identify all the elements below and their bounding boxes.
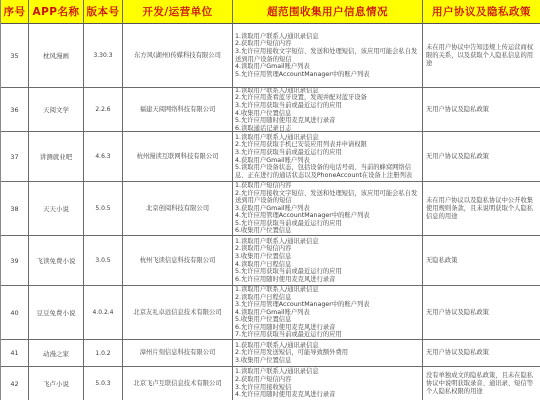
violations-cell: 1.读取用户联系人/通讯录信息2.允许应用获取手机已安装应用列表并申请权限3.允… bbox=[233, 132, 423, 182]
developer-cell: 北京飞卢互联信息技术有限公司 bbox=[123, 367, 233, 400]
policy-cell: 无用户协议及隐私政策 bbox=[423, 132, 540, 182]
violation-item: 4.读取用户日程信息 bbox=[235, 261, 420, 269]
violation-item: 6.读取通话记录日志 bbox=[235, 125, 420, 132]
violation-item: 3.收集用户位置信息 bbox=[235, 253, 420, 261]
violations-cell: 1.读取用户联系人/通讯录信息2.读取用户短信内容3.收集用户位置信息4.读取用… bbox=[233, 236, 423, 286]
violation-item: 2.读取用户日程信息 bbox=[235, 294, 420, 302]
violations-cell: 1.读取用户联系人/通讯录信息2.获取用户短信内容3.允许应用接收短信4.允许应… bbox=[233, 367, 423, 400]
app-name-cell: 飞卢小说 bbox=[29, 367, 84, 400]
table-row: 39 飞读免费小说 3.0.5 杭州飞读信息科技有限公司 1.读取用户联系人/通… bbox=[1, 236, 540, 286]
developer-cell: 北京友礼卓远信息技术有限公司 bbox=[123, 286, 233, 340]
violation-item: 4.获取用户Gmail账户列表 bbox=[235, 157, 420, 165]
policy-cell: 未在用户协议中告知违规上传运营商权限的关系，以及获取个人隐私信息的用途 bbox=[423, 24, 540, 88]
developer-cell: 杭州漫读互联网科技有限公司 bbox=[123, 132, 233, 182]
violation-item: 5.允许应用获取当前或最近运行的应用 bbox=[235, 268, 420, 276]
version-cell: 5.0.5 bbox=[84, 182, 123, 236]
policy-cell: 无用户协议及隐私政策 bbox=[423, 340, 540, 367]
version-cell: 3.0.5 bbox=[84, 236, 123, 286]
table-row: 40 豆豆免费小说 4.0.2.4 北京友礼卓远信息技术有限公司 1.读取用户联… bbox=[1, 286, 540, 340]
version-cell: 3.30.3 bbox=[84, 24, 123, 88]
table-header-row: 序号 APP名称 版本号 开发/运营单位 超范围收集用户信息情况 用户协议及隐私… bbox=[1, 0, 540, 24]
violations-cell: 1.读取用户联系人/通讯录信息2.读取用户日程信息3.允许应用管理Account… bbox=[233, 286, 423, 340]
header-col-violations: 超范围收集用户信息情况 bbox=[233, 0, 423, 24]
app-name-cell: 天阅文学 bbox=[29, 88, 84, 132]
violation-item: 5.读取用户设备状态，包括设备的电话号码、当前的蜂窝网络信息、正在进行的通话状态… bbox=[235, 164, 420, 179]
violation-item: 4.收集用户位置信息 bbox=[235, 110, 420, 118]
row-index-cell: 39 bbox=[1, 236, 29, 286]
violation-item: 2.允许应用查看蓝牙设置，发现并配对蓝牙设备 bbox=[235, 94, 420, 102]
policy-cell: 未在用户协议以及隐私协议中公开收集使用规则条款，且未说明获取个人隐私信息的用途 bbox=[423, 182, 540, 236]
violation-item: 3.收集用户位置信息 bbox=[235, 357, 420, 365]
row-index-cell: 41 bbox=[1, 340, 29, 367]
violation-item: 7.允许应用获取当前或最近运行的应用 bbox=[235, 331, 420, 339]
violation-item: 5.允许应用管理AccountManager中的账户列表 bbox=[235, 71, 420, 79]
violation-item: 2.允许应用接收文字短信、发送和处理短信，该应用可能会私自发送到用户设备的短信 bbox=[235, 190, 420, 205]
app-name-cell: 讲测就业吧 bbox=[29, 132, 84, 182]
app-violation-table: 序号 APP名称 版本号 开发/运营单位 超范围收集用户信息情况 用户协议及隐私… bbox=[1, 0, 540, 400]
violations-cell: 1.获取用户短信内容2.允许应用接收文字短信、发送和处理短信，该应用可能会私自发… bbox=[233, 182, 423, 236]
violations-cell: 1.读取用户联系人/通讯录信息2.获取用户短信内容3.允许应用接收文字短信、发送… bbox=[233, 24, 423, 88]
violation-item: 3.允许应用接收短信 bbox=[235, 384, 420, 392]
row-index-cell: 36 bbox=[1, 88, 29, 132]
developer-cell: 北京创阅科技有限公司 bbox=[123, 182, 233, 236]
developer-cell: 杭州飞读信息科技有限公司 bbox=[123, 236, 233, 286]
violation-item: 4.允许应用随时使用麦克风进行录音 bbox=[235, 391, 420, 399]
header-col-app-name: APP名称 bbox=[29, 0, 84, 24]
version-cell: 4.6.3 bbox=[84, 132, 123, 182]
violation-item: 2.获取用户短信内容 bbox=[235, 376, 420, 384]
violations-cell: 1.获取用户联系人/通讯录信息2.允许应用发送短信，可能导致额外费用3.收集用户… bbox=[233, 340, 423, 367]
violation-item: 6.允许应用随时使用麦克风进行录音 bbox=[235, 276, 420, 284]
version-cell: 2.2.6 bbox=[84, 88, 123, 132]
violation-item: 1.读取用户联系人/通讯录信息 bbox=[235, 286, 420, 294]
policy-cell: 无隐私政策 bbox=[423, 236, 540, 286]
violation-item: 3.允许应用获取当前或最近运行的应用 bbox=[235, 102, 420, 110]
violation-item: 3.允许应用获取当前或最近运行的应用 bbox=[235, 149, 420, 157]
violation-item: 5.收集用户位置信息 bbox=[235, 316, 420, 324]
row-index-cell: 42 bbox=[1, 367, 29, 400]
header-col-version: 版本号 bbox=[84, 0, 123, 24]
version-cell: 5.0.3 bbox=[84, 367, 123, 400]
violation-item: 1.读取用户联系人/通讯录信息 bbox=[235, 368, 420, 376]
developer-cell: 福建天阅网络科技有限公司 bbox=[123, 88, 233, 132]
table-row: 42 飞卢小说 5.0.3 北京飞卢互联信息技术有限公司 1.读取用户联系人/通… bbox=[1, 367, 540, 400]
violation-item: 4.读取用户Gmail账户列表 bbox=[235, 63, 420, 71]
table-row: 41 动漫之家 1.0.2 漳州片刻信息科技有限公司 1.获取用户联系人/通讯录… bbox=[1, 340, 540, 367]
header-col-developer: 开发/运营单位 bbox=[123, 0, 233, 24]
violation-item: 4.允许应用管理AccountManager中的账户列表 bbox=[235, 212, 420, 220]
policy-cell: 没有单独成文的隐私政策，且未在隐私协议中说明获取录音、通讯录、短信等个人隐私权限… bbox=[423, 367, 540, 400]
row-index-cell: 37 bbox=[1, 132, 29, 182]
violation-item: 2.读取用户短信内容 bbox=[235, 245, 420, 253]
violation-report-table-page: 序号 APP名称 版本号 开发/运营单位 超范围收集用户信息情况 用户协议及隐私… bbox=[0, 0, 540, 400]
table-row: 36 天阅文学 2.2.6 福建天阅网络科技有限公司 1.读取用户联系人/通讯录… bbox=[1, 88, 540, 132]
policy-cell: 无用户协议及隐私政策 bbox=[423, 286, 540, 340]
violation-item: 1.获取用户短信内容 bbox=[235, 182, 420, 190]
row-index-cell: 40 bbox=[1, 286, 29, 340]
header-col-policy: 用户协议及隐私政策 bbox=[423, 0, 540, 24]
violation-item: 2.获取用户短信内容 bbox=[235, 40, 420, 48]
table-row: 38 天天小说 5.0.5 北京创阅科技有限公司 1.获取用户短信内容2.允许应… bbox=[1, 182, 540, 236]
version-cell: 1.0.2 bbox=[84, 340, 123, 367]
violation-item: 2.允许应用获取手机已安装应用列表并申请权限 bbox=[235, 141, 420, 149]
app-name-cell: 飞读免费小说 bbox=[29, 236, 84, 286]
header-col-index: 序号 bbox=[1, 0, 29, 24]
violation-item: 3.允许应用管理AccountManager中的账户列表 bbox=[235, 301, 420, 309]
violation-item: 3.允许应用接收文字短信、发送和处理短信，该应用可能会私自发送到用户设备的短信 bbox=[235, 48, 420, 63]
violation-item: 5.允许应用随时使用麦克风进行录音 bbox=[235, 117, 420, 125]
app-name-cell: 枕风漫画 bbox=[29, 24, 84, 88]
violation-item: 6.收集用户位置信息 bbox=[235, 227, 420, 235]
row-index-cell: 35 bbox=[1, 24, 29, 88]
violation-item: 2.允许应用发送短信，可能导致额外费用 bbox=[235, 349, 420, 357]
developer-cell: 漳州片刻信息科技有限公司 bbox=[123, 340, 233, 367]
app-name-cell: 天天小说 bbox=[29, 182, 84, 236]
policy-cell: 无用户协议及隐私政策 bbox=[423, 88, 540, 132]
version-cell: 4.0.2.4 bbox=[84, 286, 123, 340]
violations-cell: 1.读取用户联系人/通讯录信息2.允许应用查看蓝牙设置，发现并配对蓝牙设备3.允… bbox=[233, 88, 423, 132]
app-name-cell: 豆豆免费小说 bbox=[29, 286, 84, 340]
row-index-cell: 38 bbox=[1, 182, 29, 236]
table-row: 35 枕风漫画 3.30.3 东方风(湖州)传媒科技有限公司 1.读取用户联系人… bbox=[1, 24, 540, 88]
app-name-cell: 动漫之家 bbox=[29, 340, 84, 367]
developer-cell: 东方风(湖州)传媒科技有限公司 bbox=[123, 24, 233, 88]
table-row: 37 讲测就业吧 4.6.3 杭州漫读互联网科技有限公司 1.读取用户联系人/通… bbox=[1, 132, 540, 182]
